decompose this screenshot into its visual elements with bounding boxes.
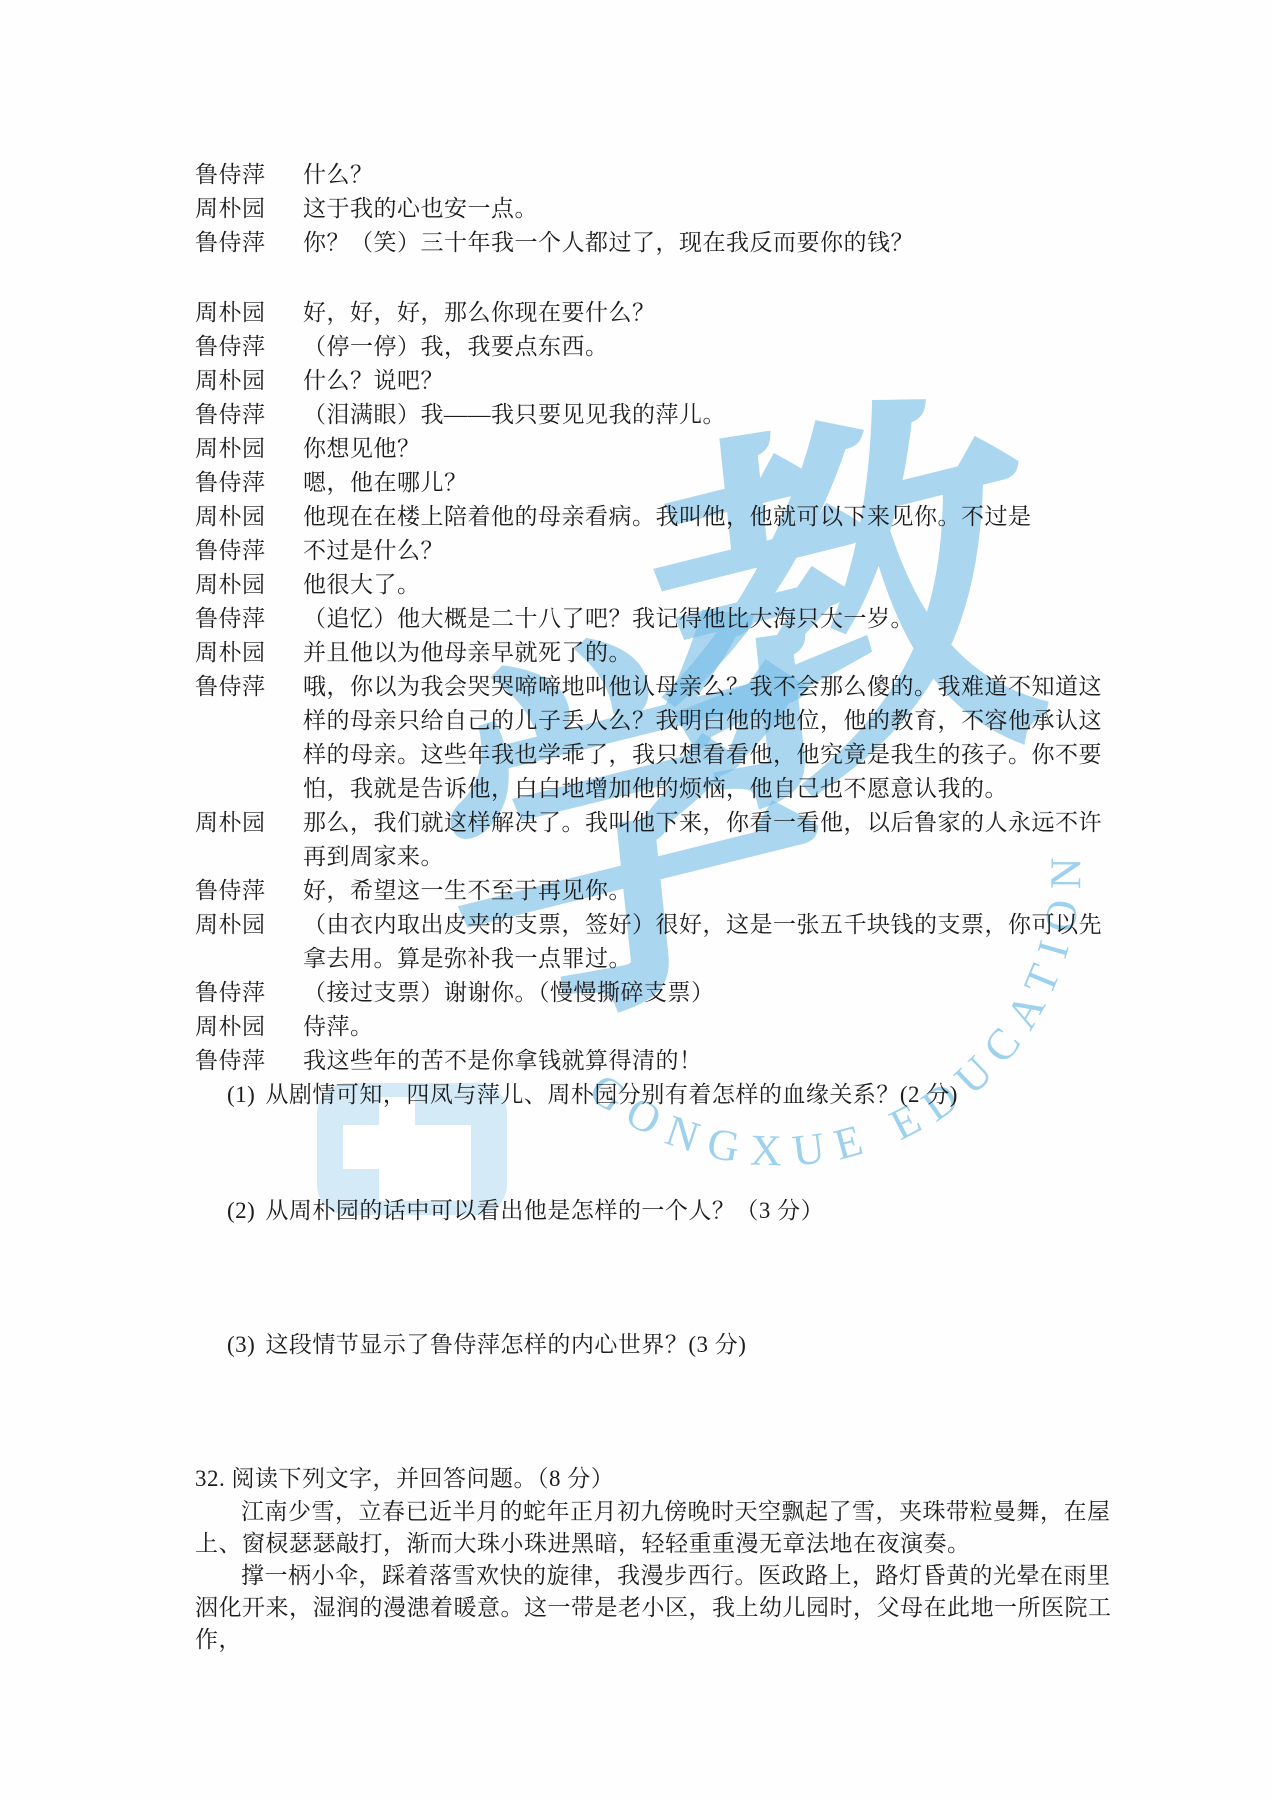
- speech-text: 好，好，好，那么你现在要什么？: [303, 296, 1125, 330]
- answer-space-3: [195, 1362, 1125, 1462]
- dialogue-row: 周朴园 并且他以为他母亲早就死了的。: [195, 636, 1125, 670]
- speech-text: 并且他以为他母亲早就死了的。: [303, 636, 1125, 670]
- dialogue-row: 周朴园 这于我的心也安一点。: [195, 192, 1125, 226]
- speech-text: 侍萍。: [303, 1010, 1125, 1044]
- speech-text: 那么，我们就这样解决了。我叫他下来，你看一看他，以后鲁家的人永远不许再到周家来。: [303, 806, 1125, 874]
- dialogue-row: 鲁侍萍 什么？: [195, 158, 1125, 192]
- speech-text: 哦，你以为我会哭哭啼啼地叫他认母亲么？我不会那么傻的。我难道不知道这样的母亲只给…: [303, 670, 1125, 806]
- speech-text: 不过是什么？: [303, 534, 1125, 568]
- speech-text: 你想见他？: [303, 432, 1125, 466]
- speech-text: （由衣内取出皮夹的支票，签好）很好，这是一张五千块钱的支票，你可以先拿去用。算是…: [303, 908, 1125, 976]
- speech-text: （停一停）我，我要点东西。: [303, 330, 1125, 364]
- section-32-paragraph-2: 撑一柄小伞，踩着落雪欢快的旋律，我漫步西行。医政路上，路灯昏黄的光晕在雨里洇化开…: [195, 1560, 1125, 1656]
- speaker-name: 鲁侍萍: [195, 158, 303, 192]
- blank-line-gap: [195, 260, 1125, 296]
- speech-text: （接过支票）谢谢你。（慢慢撕碎支票）: [303, 976, 1125, 1010]
- question-1: (1)从剧情可知，四凤与萍儿、周朴园分别有着怎样的血缘关系？(2 分): [227, 1078, 1125, 1112]
- dialogue-row: 鲁侍萍 你？（笑）三十年我一个人都过了，现在我反而要你的钱？: [195, 226, 1125, 260]
- speaker-name: 周朴园: [195, 568, 303, 602]
- speech-text: 他很大了。: [303, 568, 1125, 602]
- speaker-name: 周朴园: [195, 908, 303, 976]
- document-content: 鲁侍萍 什么？ 周朴园 这于我的心也安一点。 鲁侍萍 你？（笑）三十年我一个人都…: [195, 158, 1125, 1656]
- speech-text: 嗯，他在哪儿？: [303, 466, 1125, 500]
- speaker-name: 周朴园: [195, 364, 303, 398]
- question-3-text: 这段情节显示了鲁侍萍怎样的内心世界？(3 分): [265, 1332, 746, 1357]
- answer-space-2: [195, 1228, 1125, 1328]
- speaker-name: 鲁侍萍: [195, 976, 303, 1010]
- question-1-label: (1): [227, 1082, 255, 1107]
- dialogue-row: 鲁侍萍 （接过支票）谢谢你。（慢慢撕碎支票）: [195, 976, 1125, 1010]
- dialogue-row: 鲁侍萍 我这些年的苦不是你拿钱就算得清的！: [195, 1044, 1125, 1078]
- speaker-name: 鲁侍萍: [195, 1044, 303, 1078]
- dialogue-row: 周朴园 那么，我们就这样解决了。我叫他下来，你看一看他，以后鲁家的人永远不许再到…: [195, 806, 1125, 874]
- speech-text: （泪满眼）我——我只要见见我的萍儿。: [303, 398, 1125, 432]
- speaker-name: 鲁侍萍: [195, 466, 303, 500]
- dialogue-row: 周朴园 什么？说吧？: [195, 364, 1125, 398]
- speaker-name: 鲁侍萍: [195, 398, 303, 432]
- speaker-name: 鲁侍萍: [195, 226, 303, 260]
- question-2-text: 从周朴园的话中可以看出他是怎样的一个人？（3 分）: [265, 1198, 824, 1223]
- dialogue-row: 周朴园 好，好，好，那么你现在要什么？: [195, 296, 1125, 330]
- dialogue-block-2: 周朴园 好，好，好，那么你现在要什么？ 鲁侍萍 （停一停）我，我要点东西。 周朴…: [195, 296, 1125, 1078]
- dialogue-row: 鲁侍萍 （追忆）他大概是二十八了吧？我记得他比大海只大一岁。: [195, 602, 1125, 636]
- speaker-name: 周朴园: [195, 636, 303, 670]
- dialogue-row: 鲁侍萍 哦，你以为我会哭哭啼啼地叫他认母亲么？我不会那么傻的。我难道不知道这样的…: [195, 670, 1125, 806]
- question-1-text: 从剧情可知，四凤与萍儿、周朴园分别有着怎样的血缘关系？(2 分): [265, 1082, 958, 1107]
- speaker-name: 周朴园: [195, 806, 303, 874]
- dialogue-row: 周朴园 他现在在楼上陪着他的母亲看病。我叫他，他就可以下来见你。不过是: [195, 500, 1125, 534]
- speaker-name: 周朴园: [195, 296, 303, 330]
- speech-text: 他现在在楼上陪着他的母亲看病。我叫他，他就可以下来见你。不过是: [303, 500, 1125, 534]
- speaker-name: 周朴园: [195, 500, 303, 534]
- speaker-name: 周朴园: [195, 192, 303, 226]
- speech-text: 什么？说吧？: [303, 364, 1125, 398]
- section-32-heading: 32. 阅读下列文字，并回答问题。（8 分）: [195, 1462, 1125, 1496]
- speech-text: 我这些年的苦不是你拿钱就算得清的！: [303, 1044, 1125, 1078]
- dialogue-row: 周朴园 他很大了。: [195, 568, 1125, 602]
- speech-text: （追忆）他大概是二十八了吧？我记得他比大海只大一岁。: [303, 602, 1125, 636]
- speaker-name: 鲁侍萍: [195, 874, 303, 908]
- dialogue-row: 周朴园 侍萍。: [195, 1010, 1125, 1044]
- exam-scan-page: 教 学 GONGXUE EDUCATION 鲁侍萍 什么？: [0, 0, 1272, 1800]
- speaker-name: 周朴园: [195, 1010, 303, 1044]
- speaker-name: 鲁侍萍: [195, 670, 303, 806]
- speaker-name: 周朴园: [195, 432, 303, 466]
- dialogue-row: 鲁侍萍 嗯，他在哪儿？: [195, 466, 1125, 500]
- speech-text: 好，希望这一生不至于再见你。: [303, 874, 1125, 908]
- speaker-name: 鲁侍萍: [195, 602, 303, 636]
- question-3-label: (3): [227, 1332, 255, 1357]
- speaker-name: 鲁侍萍: [195, 534, 303, 568]
- question-2-label: (2): [227, 1198, 255, 1223]
- speaker-name: 鲁侍萍: [195, 330, 303, 364]
- dialogue-row: 鲁侍萍 好，希望这一生不至于再见你。: [195, 874, 1125, 908]
- speech-text: 你？（笑）三十年我一个人都过了，现在我反而要你的钱？: [303, 226, 1125, 260]
- question-2: (2)从周朴园的话中可以看出他是怎样的一个人？（3 分）: [227, 1194, 1125, 1228]
- answer-space-1: [195, 1112, 1125, 1194]
- dialogue-row: 周朴园 （由衣内取出皮夹的支票，签好）很好，这是一张五千块钱的支票，你可以先拿去…: [195, 908, 1125, 976]
- dialogue-row: 鲁侍萍 （停一停）我，我要点东西。: [195, 330, 1125, 364]
- dialogue-row: 鲁侍萍 不过是什么？: [195, 534, 1125, 568]
- dialogue-row: 周朴园 你想见他？: [195, 432, 1125, 466]
- dialogue-row: 鲁侍萍 （泪满眼）我——我只要见见我的萍儿。: [195, 398, 1125, 432]
- section-32-paragraph-1: 江南少雪，立春已近半月的蛇年正月初九傍晚时天空飘起了雪，夹珠带粒曼舞，在屋上、窗…: [195, 1496, 1125, 1560]
- speech-text: 这于我的心也安一点。: [303, 192, 1125, 226]
- speech-text: 什么？: [303, 158, 1125, 192]
- dialogue-block-1: 鲁侍萍 什么？ 周朴园 这于我的心也安一点。 鲁侍萍 你？（笑）三十年我一个人都…: [195, 158, 1125, 260]
- question-3: (3)这段情节显示了鲁侍萍怎样的内心世界？(3 分): [227, 1328, 1125, 1362]
